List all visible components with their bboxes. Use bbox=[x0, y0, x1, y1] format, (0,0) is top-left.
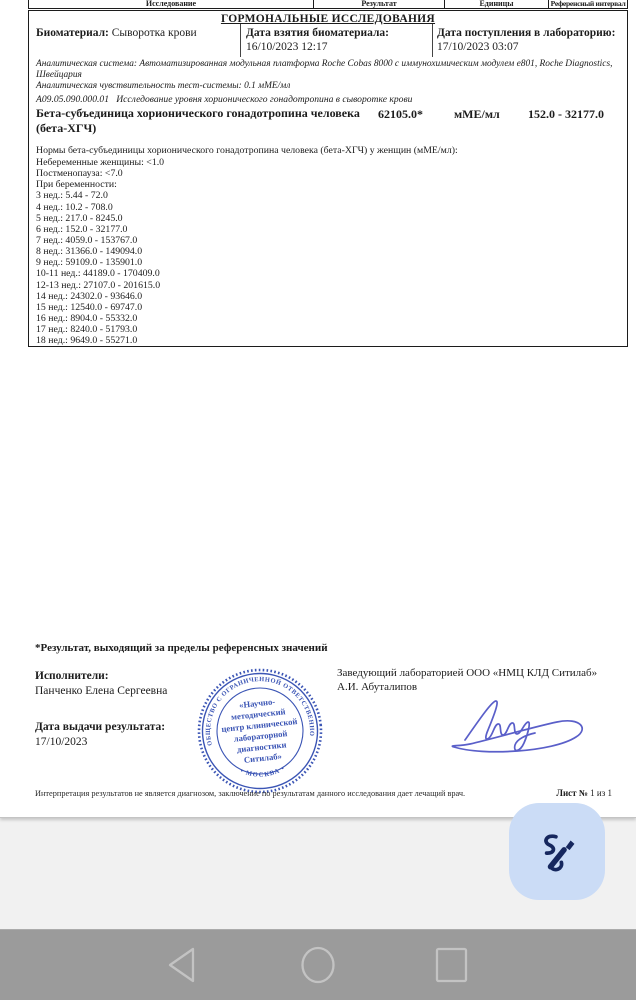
recents-square-icon bbox=[434, 946, 470, 984]
hormone-results-box: ГОРМОНАЛЬНЫЕ ИССЛЕДОВАНИЯ Биоматериал: С… bbox=[28, 10, 628, 347]
biomaterial-value: Сыворотка крови bbox=[112, 27, 197, 39]
date-received-value: 17/10/2023 03:07 bbox=[437, 41, 518, 53]
home-circle-icon bbox=[299, 946, 337, 984]
test-result-value: 62105.0* bbox=[378, 107, 423, 122]
norms-line: 5 нед.: 217.0 - 8245.0 bbox=[36, 213, 616, 224]
sign-document-button[interactable] bbox=[509, 803, 605, 900]
home-button[interactable] bbox=[296, 943, 340, 987]
norms-line: 4 нед.: 10.2 - 708.0 bbox=[36, 202, 616, 213]
section-title: ГОРМОНАЛЬНЫЕ ИССЛЕДОВАНИЯ bbox=[29, 13, 627, 25]
back-button[interactable] bbox=[161, 943, 205, 987]
norms-line: Небеременные женщины: <1.0 bbox=[36, 157, 616, 168]
stamp-seal-icon: ОБЩЕСТВО С ОГРАНИЧЕННОЙ ОТВЕТСТВЕННОСТЬЮ… bbox=[190, 661, 331, 802]
out-of-range-footnote: *Результат, выходящий за пределы референ… bbox=[35, 642, 328, 654]
norms-line: 16 нед.: 8904.0 - 55332.0 bbox=[36, 313, 616, 324]
norms-line: 10-11 нед.: 44189.0 - 170409.0 bbox=[36, 268, 616, 279]
signature bbox=[435, 690, 610, 765]
column-header-units: Единицы bbox=[444, 0, 548, 8]
column-header-result: Результат bbox=[313, 0, 444, 8]
issue-date-label: Дата выдачи результата: bbox=[35, 721, 165, 733]
test-reference-interval: 152.0 - 32177.0 bbox=[528, 107, 604, 122]
analytical-sensitivity: Аналитическая чувствительность тест-сист… bbox=[36, 81, 290, 91]
norms-line: 6 нед.: 152.0 - 32177.0 bbox=[36, 224, 616, 235]
svg-text:• МОСКВА •: • МОСКВА • bbox=[238, 763, 287, 781]
biomaterial-label: Биоматериал: bbox=[36, 27, 109, 39]
sheet-label: Лист № bbox=[556, 788, 588, 798]
android-navigation-bar bbox=[0, 929, 636, 1000]
column-header-reference: Референсный интервал bbox=[548, 0, 628, 8]
recents-button[interactable] bbox=[430, 943, 474, 987]
norms-line: При беременности: bbox=[36, 179, 616, 190]
norms-list: Небеременные женщины: <1.0Постменопауза:… bbox=[36, 157, 616, 346]
executor-name: Панченко Елена Сергеевна bbox=[35, 685, 167, 697]
column-divider bbox=[240, 24, 241, 57]
column-divider bbox=[432, 24, 433, 57]
signature-scribble-icon bbox=[435, 690, 610, 765]
test-code-line: А09.05.090.000.01 Исследование уровня хо… bbox=[36, 94, 412, 105]
norms-title: Нормы бета-субъединицы хорионического го… bbox=[36, 145, 458, 156]
norms-line: 8 нед.: 31366.0 - 149094.0 bbox=[36, 246, 616, 257]
analytical-system-line1: Аналитическая система: Автоматизированна… bbox=[36, 59, 612, 69]
analytical-system-line2: Швейцария bbox=[36, 70, 82, 80]
test-units: мМЕ/мл bbox=[454, 107, 500, 122]
norms-line: 14 нед.: 24302.0 - 93646.0 bbox=[36, 291, 616, 302]
norms-line: 15 нед.: 12540.0 - 69747.0 bbox=[36, 302, 616, 313]
lab-head-name: А.И. Абуталипов bbox=[337, 681, 417, 693]
lab-stamp: ОБЩЕСТВО С ОГРАНИЧЕННОЙ ОТВЕТСТВЕННОСТЬЮ… bbox=[190, 661, 331, 802]
test-code-name: Исследование уровня хорионического гонад… bbox=[116, 94, 412, 105]
biomaterial-row: Биоматериал: Сыворотка крови bbox=[36, 27, 197, 39]
norms-line: 7 нед.: 4059.0 - 153767.0 bbox=[36, 235, 616, 246]
stamp-bottom-text: • МОСКВА • bbox=[238, 763, 287, 781]
norms-line: 3 нед.: 5.44 - 72.0 bbox=[36, 190, 616, 201]
back-triangle-icon bbox=[166, 946, 200, 984]
column-header-study: Исследование bbox=[28, 0, 313, 8]
date-taken-value: 16/10/2023 12:17 bbox=[246, 41, 327, 53]
interpretation-note: Интерпретация результатов не является ди… bbox=[35, 789, 465, 798]
signature-pen-icon bbox=[533, 828, 581, 876]
norms-line: 9 нед.: 59109.0 - 135901.0 bbox=[36, 257, 616, 268]
date-taken-label: Дата взятия биоматериала: bbox=[246, 27, 389, 39]
test-name: Бета-субъединица хорионического гонадотр… bbox=[36, 106, 366, 136]
phone-screen: Исследование Результат Единицы Референсн… bbox=[0, 0, 636, 1000]
test-code: А09.05.090.000.01 bbox=[36, 94, 109, 105]
executors-label: Исполнители: bbox=[35, 670, 109, 682]
norms-line: Постменопауза: <7.0 bbox=[36, 168, 616, 179]
norms-line: 17 нед.: 8240.0 - 51793.0 bbox=[36, 324, 616, 335]
sheet-value: 1 из 1 bbox=[588, 788, 612, 798]
norms-line: 18 нед.: 9649.0 - 55271.0 bbox=[36, 335, 616, 346]
issue-date-value: 17/10/2023 bbox=[35, 736, 87, 748]
date-received-label: Дата поступления в лабораторию: bbox=[437, 27, 615, 39]
sheet-number: Лист № 1 из 1 bbox=[556, 788, 612, 798]
results-table-header: Исследование Результат Единицы Референсн… bbox=[28, 0, 628, 9]
norms-line: 12-13 нед.: 27107.0 - 201615.0 bbox=[36, 280, 616, 291]
lab-head-title: Заведующий лабораторией ООО «НМЦ КЛД Сит… bbox=[337, 667, 597, 679]
